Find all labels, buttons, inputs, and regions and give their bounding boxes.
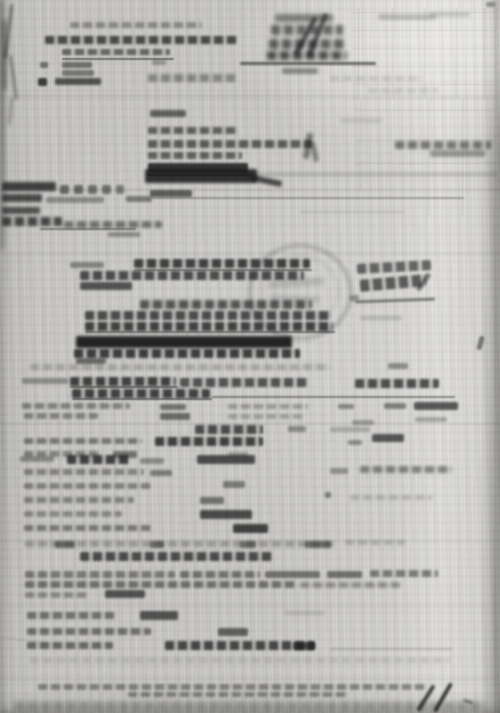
ink-mark [384,403,406,409]
ink-mark [40,62,48,68]
ink-mark [282,68,318,74]
ink-mark [70,377,176,386]
ink-mark [113,451,137,458]
ink-mark [355,110,495,111]
ink-mark [0,95,500,97]
ink-mark [74,185,83,194]
ink-mark [80,271,304,280]
ink-mark [269,39,345,49]
round-stamp-ring [248,244,352,340]
ink-mark [0,678,500,680]
ink-mark [0,189,500,191]
ink-mark [428,100,429,215]
ink-mark [293,642,315,650]
ink-mark [476,336,484,351]
ink-mark [240,541,256,548]
ink-mark [2,217,62,226]
ink-mark [152,197,464,199]
ink-mark [228,414,304,419]
ink-mark [303,133,313,160]
ink-mark [0,605,500,607]
ink-mark [352,30,497,31]
ink-mark [27,612,115,619]
ink-mark [148,127,238,134]
ink-mark [62,70,94,76]
paper-creases [0,0,500,713]
footer-smallprint [0,0,500,713]
ink-mark [140,458,164,464]
ink-mark [270,294,320,304]
ink-mark [46,197,104,203]
ink-mark [108,232,140,237]
ink-mark [330,648,452,650]
ink-mark [462,98,463,216]
ink-mark [305,541,331,548]
ink-mark [495,0,497,713]
ink-mark [245,173,497,176]
ink-mark [24,483,152,489]
ink-mark [340,118,382,123]
ink-mark [0,0,4,250]
ink-mark [38,684,428,690]
ink-mark [80,282,132,290]
ink-mark [30,364,330,370]
round-stamp [0,0,500,713]
ink-mark [360,100,361,190]
ink-mark [152,60,166,65]
recipient-address-block [0,0,500,713]
ink-mark [134,269,312,271]
ink-mark [357,260,431,274]
ink-mark [62,58,174,60]
ink-mark [330,427,370,432]
ink-mark [360,316,402,320]
ink-mark [352,420,374,425]
ink-mark [484,8,485,98]
ink-mark [300,211,405,213]
large-stamped-word [0,0,500,713]
ink-mark [430,12,470,17]
ink-mark [148,152,242,159]
ink-mark [325,492,331,498]
ink-mark [85,311,331,320]
ink-mark [2,182,56,191]
ink-mark [76,336,292,348]
ink-mark [355,298,435,303]
ink-mark [145,169,257,183]
ink-mark [60,185,69,194]
ink-mark [338,404,354,409]
ink-mark [55,541,75,548]
ink-mark [147,174,251,176]
ink-mark [24,497,134,503]
ink-mark [275,14,333,22]
ink-mark [62,49,170,55]
ink-mark [38,78,47,86]
ink-mark [195,425,263,434]
ink-mark [330,468,348,474]
ink-mark [327,571,362,578]
ink-mark [416,272,432,291]
ink-mark [27,642,113,649]
ink-mark [64,221,162,228]
ink-mark [2,207,40,214]
ink-mark [267,51,347,60]
ink-mark [416,684,435,712]
ink-mark [352,48,497,49]
ink-mark [240,62,376,65]
ink-mark [228,404,308,409]
subject-paragraph [0,0,500,713]
ink-mark [67,455,129,464]
ink-mark [180,378,308,387]
ink-mark [268,277,324,289]
ink-mark [24,469,144,475]
ink-mark [150,190,192,197]
ink-mark [45,36,237,44]
ink-mark [0,253,500,255]
ink-mark [372,434,404,442]
ink-mark [355,379,439,388]
ink-mark [392,8,393,98]
ink-mark [200,510,252,519]
ink-mark [368,88,438,93]
ink-mark [55,78,101,85]
ink-mark [126,196,152,202]
ink-mark [456,8,457,98]
ink-mark [25,581,297,588]
ink-mark [25,541,337,547]
ink-mark [348,440,362,445]
ink-mark [76,358,106,364]
ink-mark [2,194,42,202]
ink-mark [140,300,312,309]
ink-mark [80,552,272,561]
ink-mark [72,398,212,400]
ink-mark [22,378,68,384]
ink-mark [4,4,14,59]
ink-mark [30,658,450,663]
ink-mark [378,14,436,20]
ink-mark [197,455,255,464]
ink-mark [463,699,473,705]
ink-mark [271,25,343,35]
ink-mark [350,294,360,301]
ink-mark [20,456,54,462]
ink-mark [150,110,186,117]
ink-mark [15,702,485,711]
ink-mark [345,540,405,545]
ink-mark [233,524,268,533]
margin-receipt-stamp [0,0,500,713]
ink-mark [218,628,248,636]
ink-mark [352,66,497,67]
ink-mark [352,98,497,99]
ink-mark [105,590,145,598]
scanned-document-page: Blurred photographic scan of a typewritt… [0,0,500,713]
corner-stamp-scribble [0,0,500,713]
sender-address-block [0,0,500,713]
ink-mark [355,140,495,141]
ink-mark [116,185,124,194]
ink-mark [74,349,300,358]
ink-mark [128,692,348,697]
ink-mark [150,541,164,548]
ink-mark [360,466,452,473]
ink-mark [265,571,320,578]
ink-mark [350,495,432,500]
ink-mark [388,363,408,369]
ink-mark [307,13,329,58]
ink-mark [2,20,7,90]
ink-mark [102,185,111,194]
form-fields [0,0,500,713]
ink-mark [352,84,497,85]
ink-mark [24,413,98,419]
ink-mark [424,8,425,98]
ink-mark [24,525,152,531]
ink-mark [415,417,447,422]
ink-mark [310,142,319,163]
ink-mark [8,97,13,125]
ink-mark [288,426,306,432]
ink-mark [24,451,100,457]
ink-mark [148,74,236,82]
ink-mark [0,540,500,542]
ink-mark [160,404,186,410]
ink-mark [70,22,202,28]
lower-paragraphs [0,0,500,713]
ink-mark [22,403,130,409]
ink-mark [0,423,500,425]
stamp-smudge [0,0,500,713]
ink-mark [355,163,495,164]
round-stamp-ring [259,255,339,327]
ink-mark [212,396,455,398]
ink-mark [180,571,260,578]
ink-mark [25,592,87,598]
ink-mark [165,641,315,650]
ink-mark [228,452,248,457]
ink-mark [200,497,224,504]
ink-mark [370,570,438,577]
ink-mark [395,141,491,149]
ink-mark [85,322,333,331]
ink-mark [150,470,172,476]
ink-mark [70,262,104,268]
ink-mark [293,16,317,55]
ink-mark [70,386,178,388]
ink-mark [24,438,142,444]
ink-mark [27,628,151,635]
ink-mark [0,636,60,646]
ink-mark [300,582,400,588]
paper-texture [0,0,500,713]
ink-mark [72,389,210,398]
handwritten-note [0,0,500,713]
ink-mark [134,259,310,268]
ink-mark [88,185,97,194]
ink-mark [352,12,497,13]
ink-mark [25,571,175,578]
typed-date-line [0,0,500,713]
ink-mark [155,437,263,446]
ink-mark [330,76,422,81]
ink-mark [160,413,190,420]
ink-mark [285,611,325,615]
ink-mark [148,140,312,148]
ink-mark [486,2,495,7]
ink-mark [433,682,453,713]
ink-mark [430,150,485,157]
pen-check-strokes [0,0,500,713]
ink-mark [223,481,245,488]
ink-mark [358,8,359,98]
ink-mark [140,611,178,620]
ink-mark [40,228,136,230]
ink-mark [148,163,248,173]
ink-marks-layer [0,0,500,713]
ledger-grid [0,0,500,713]
ink-mark [9,55,18,100]
ink-mark [414,402,458,410]
ink-mark [24,511,122,517]
ink-mark [85,331,335,333]
ink-mark [62,62,92,68]
ink-mark [360,274,427,292]
ink-mark [252,175,283,187]
